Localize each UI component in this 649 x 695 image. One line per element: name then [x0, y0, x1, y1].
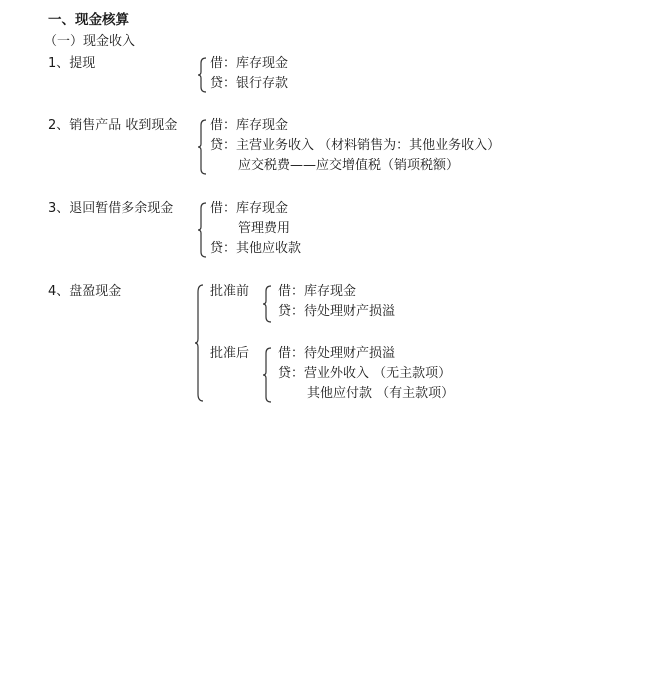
stage-after-credit-2: 其他应付款 （有主款项） — [307, 386, 454, 402]
entry-3-debit-2: 管理费用 — [238, 221, 290, 237]
stage-before-credit: 贷：待处理财产损溢 — [278, 304, 395, 320]
stage-before-debit: 借：库存现金 — [278, 284, 356, 300]
entry-2-label: 2、销售产品 收到现金 — [48, 118, 177, 134]
entry-2-credit-2: 应交税费——应交增值税（销项税额） — [238, 158, 459, 174]
entry-3-debit: 借：库存现金 — [210, 201, 288, 217]
stage-after-label: 批准后 — [210, 346, 249, 362]
stage-after-debit: 借：待处理财产损溢 — [278, 346, 395, 362]
entry-2-credit: 贷：主营业务收入 （材料销售为：其他业务收入） — [210, 138, 500, 154]
entry-1-label: 1、提现 — [48, 56, 95, 72]
entry-3-label: 3、退回暂借多余现金 — [48, 201, 173, 217]
subsection-heading: （一）现金收入 — [44, 34, 135, 50]
section-heading: 一、现金核算 — [48, 12, 129, 28]
stage-before-label: 批准前 — [210, 284, 249, 300]
entry-1-debit: 借：库存现金 — [210, 56, 288, 72]
entry-3-credit: 贷：其他应收款 — [210, 241, 301, 257]
entry-2-debit: 借：库存现金 — [210, 118, 288, 134]
stage-after-credit: 贷：营业外收入 （无主款项） — [278, 366, 451, 382]
entry-4-label: 4、盘盈现金 — [48, 284, 121, 300]
entry-1-credit: 贷：银行存款 — [210, 76, 288, 92]
